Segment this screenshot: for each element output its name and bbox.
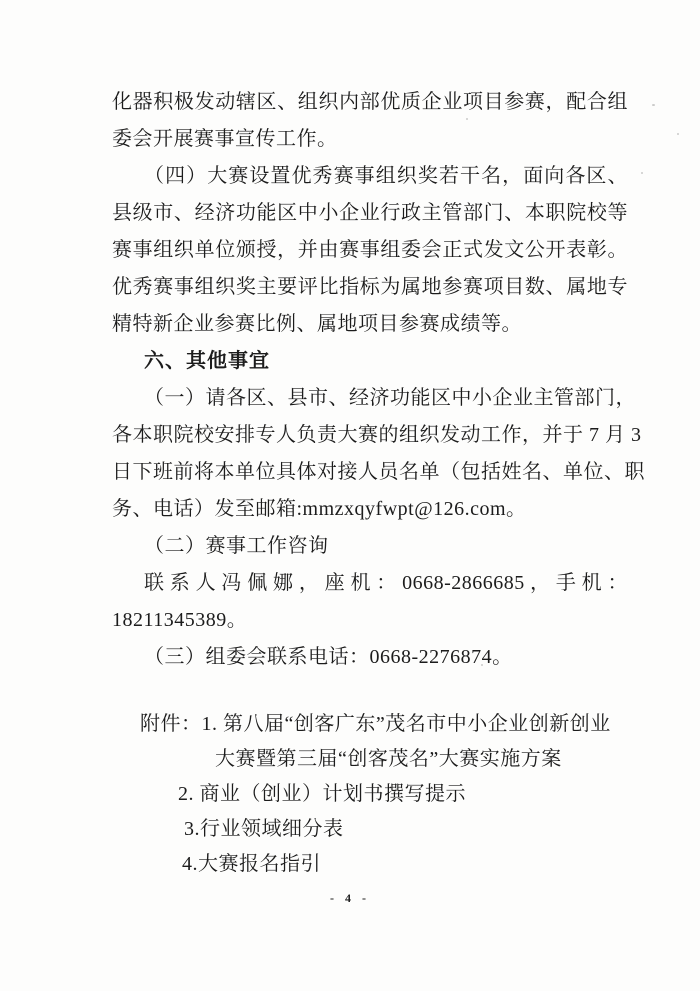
body-text-line: 赛事组织单位颁授，并由赛事组委会正式发文公开表彰。 — [112, 232, 628, 269]
attachment-line: 4.大赛报名指引 — [112, 847, 628, 882]
body-text-line: 联系人冯佩娜，座机：0668-2866685，手机： — [112, 565, 628, 602]
scan-speck — [677, 133, 679, 135]
body-text-line: 精特新企业参赛比例、属地项目参赛成绩等。 — [112, 306, 628, 343]
body-text-line: 化器积极发动辖区、组织内部优质企业项目参赛，配合组 — [112, 84, 628, 121]
section-heading: 六、其他事宜 — [112, 343, 628, 380]
body-text-line: 18211345389。 — [112, 602, 628, 639]
body-text-line: （二）赛事工作咨询 — [112, 528, 628, 565]
scan-speck — [481, 664, 483, 666]
document-page: 化器积极发动辖区、组织内部优质企业项目参赛，配合组委会开展赛事宣传工作。（四）大… — [0, 0, 700, 991]
body-text-line: 日下班前将本单位具体对接人员名单（包括姓名、单位、职 — [112, 454, 628, 491]
attachment-line: 附件：1. 第八届“创客广东”茂名市中小企业创新创业 — [112, 707, 628, 742]
attachment-line: 3.行业领域细分表 — [112, 812, 628, 847]
body-text-line: 县级市、经济功能区中小企业行政主管部门、本职院校等 — [112, 195, 628, 232]
page-number: - 4 - — [0, 891, 700, 906]
body-text-line: （三）组委会联系电话：0668-2276874。 — [112, 639, 628, 676]
document-body: 化器积极发动辖区、组织内部优质企业项目参赛，配合组委会开展赛事宣传工作。（四）大… — [112, 84, 628, 882]
attachment-line: 大赛暨第三届“创客茂名”大赛实施方案 — [112, 742, 628, 777]
scan-speck — [466, 118, 468, 120]
body-text-line: （四）大赛设置优秀赛事组织奖若干名，面向各区、 — [112, 158, 628, 195]
body-text-line: （一）请各区、县市、经济功能区中小企业主管部门， — [112, 380, 628, 417]
scan-speck — [652, 104, 655, 106]
body-text-line: 务、电话）发至邮箱:mmzxqyfwpt@126.com。 — [112, 491, 628, 528]
body-text-line: 优秀赛事组织奖主要评比指标为属地参赛项目数、属地专 — [112, 269, 628, 306]
body-text-line: 各本职院校安排专人负责大赛的组织发动工作，并于 7 月 3 — [112, 417, 628, 454]
attachment-line: 2. 商业（创业）计划书撰写提示 — [112, 777, 628, 812]
body-text-line: 委会开展赛事宣传工作。 — [112, 121, 628, 158]
scan-speck — [641, 172, 643, 174]
